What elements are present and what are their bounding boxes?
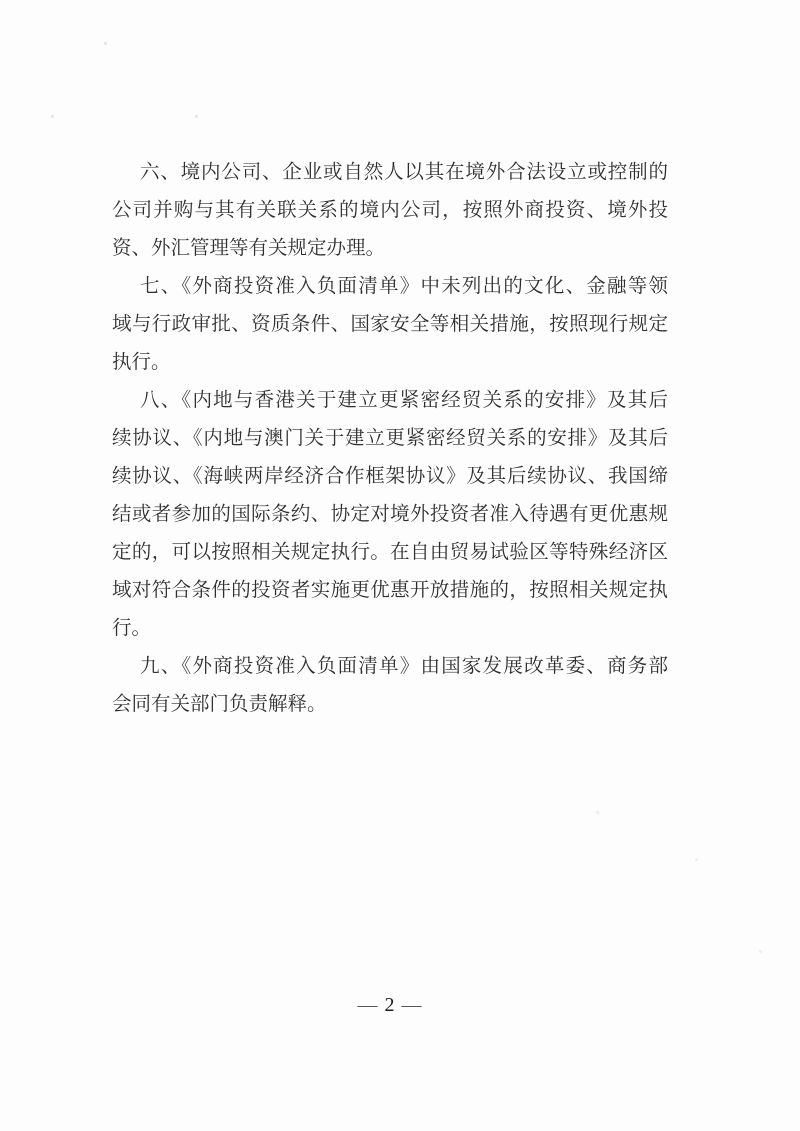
text-line: 六、境内公司、企业或自然人以其在境外合法设立或控制的 <box>112 154 668 192</box>
document-body: 六、境内公司、企业或自然人以其在境外合法设立或控制的 公司并购与其有关联关系的境… <box>112 154 668 724</box>
page-number-dash-left: — <box>358 994 379 1016</box>
document-page: 六、境内公司、企业或自然人以其在境外合法设立或控制的 公司并购与其有关联关系的境… <box>0 0 800 1131</box>
text-line: 执行。 <box>112 344 668 382</box>
text-line: 行。 <box>112 610 668 648</box>
text-line: 续协议、《海峡两岸经济合作框架协议》及其后续协议、我国缔 <box>112 458 668 496</box>
scan-speck <box>695 858 698 861</box>
text-line: 公司并购与其有关联关系的境内公司，按照外商投资、境外投 <box>112 192 668 230</box>
text-line: 结或者参加的国际条约、协定对境外投资者准入待遇有更优惠规 <box>112 496 668 534</box>
text-line: 会同有关部门负责解释。 <box>112 686 668 724</box>
scan-speck <box>195 115 198 118</box>
scan-speck <box>104 42 107 45</box>
scan-speck <box>596 811 599 814</box>
page-footer: — 2 — <box>112 992 668 1018</box>
paragraph-item-9: 九、《外商投资准入负面清单》由国家发展改革委、商务部 会同有关部门负责解释。 <box>112 648 668 724</box>
text-line: 资、外汇管理等有关规定办理。 <box>112 230 668 268</box>
paragraph-item-8: 八、《内地与香港关于建立更紧密经贸关系的安排》及其后 续协议、《内地与澳门关于建… <box>112 382 668 648</box>
scan-speck <box>759 950 762 953</box>
paragraph-item-7: 七、《外商投资准入负面清单》中未列出的文化、金融等领 域与行政审批、资质条件、国… <box>112 268 668 382</box>
page-number-dash-right: — <box>402 994 423 1016</box>
text-line: 八、《内地与香港关于建立更紧密经贸关系的安排》及其后 <box>112 382 668 420</box>
text-line: 七、《外商投资准入负面清单》中未列出的文化、金融等领 <box>112 268 668 306</box>
text-line: 域对符合条件的投资者实施更优惠开放措施的，按照相关规定执 <box>112 572 668 610</box>
text-line: 九、《外商投资准入负面清单》由国家发展改革委、商务部 <box>112 648 668 686</box>
text-line: 域与行政审批、资质条件、国家安全等相关措施，按照现行规定 <box>112 306 668 344</box>
text-line: 续协议、《内地与澳门关于建立更紧密经贸关系的安排》及其后 <box>112 420 668 458</box>
page-number: 2 <box>385 994 396 1016</box>
scan-speck <box>51 115 54 118</box>
text-line: 定的，可以按照相关规定执行。在自由贸易试验区等特殊经济区 <box>112 534 668 572</box>
paragraph-item-6: 六、境内公司、企业或自然人以其在境外合法设立或控制的 公司并购与其有关联关系的境… <box>112 154 668 268</box>
